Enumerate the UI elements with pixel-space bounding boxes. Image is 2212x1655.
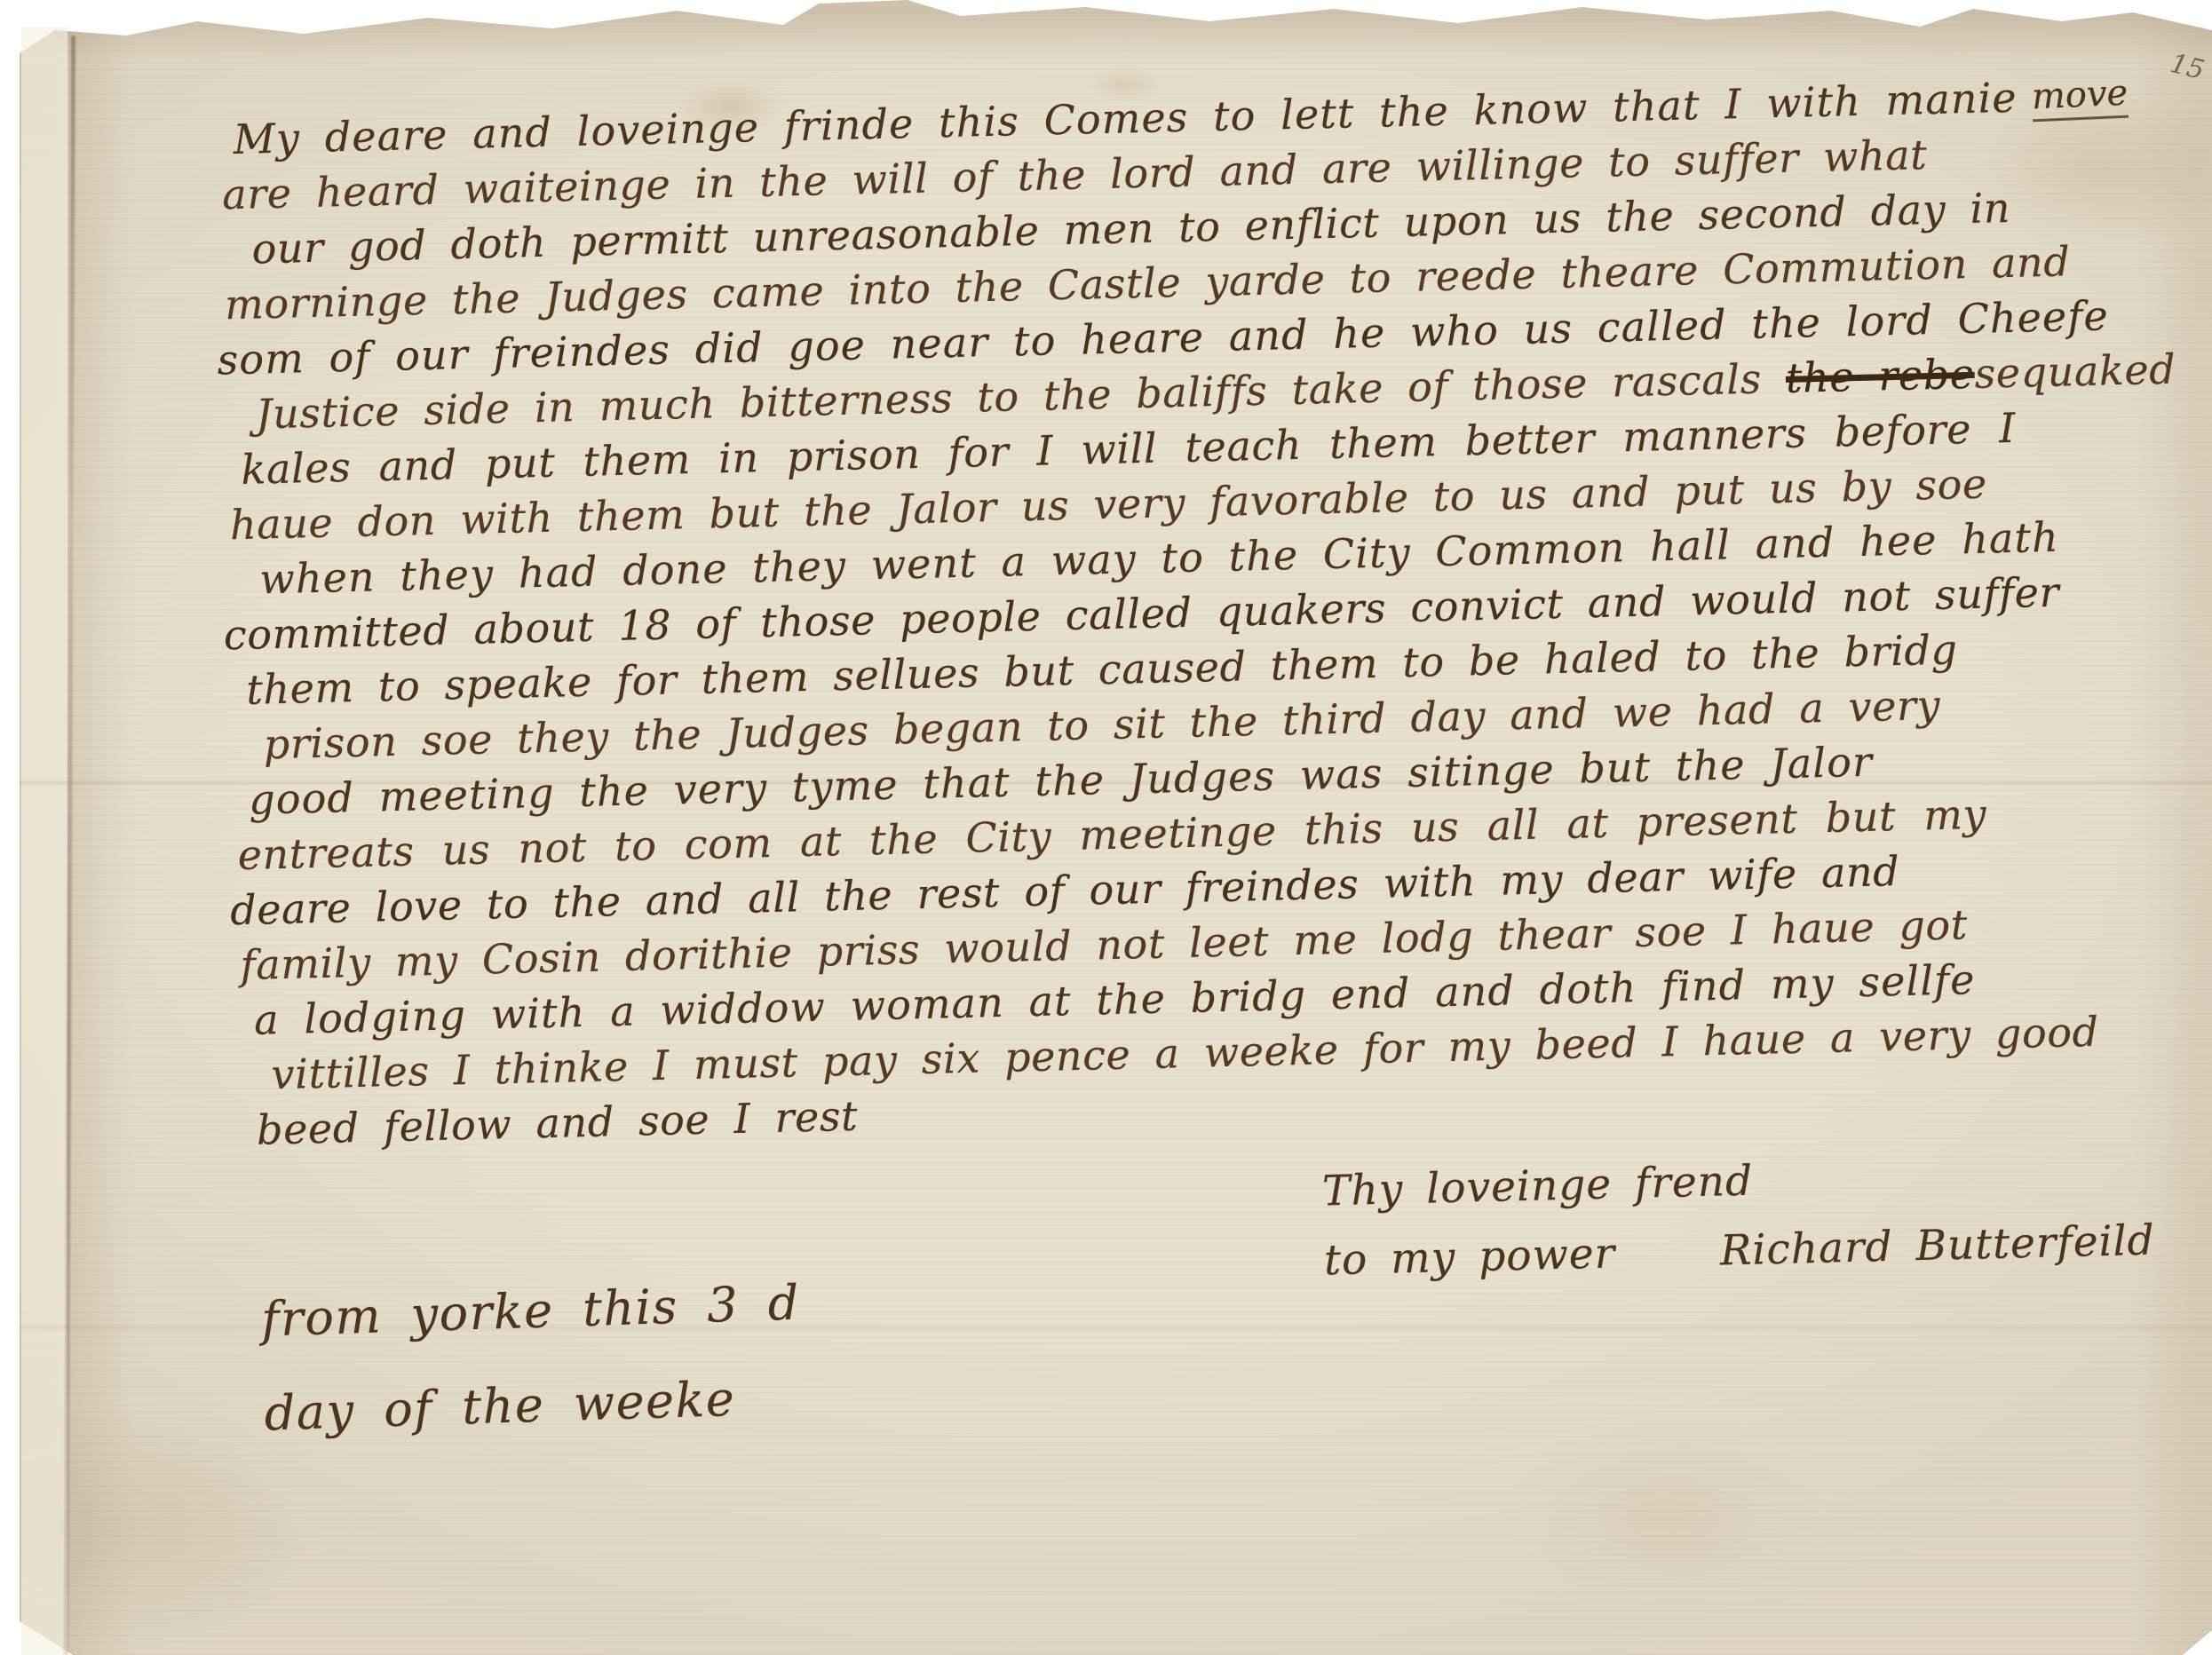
dateline-place: from yorke this 3 d	[260, 1256, 802, 1367]
dateline-block: from yorke this 3 d day of the weeke	[260, 1256, 805, 1461]
signature-gap	[1615, 1265, 1720, 1268]
scanned-letter-page: move 15 My deare and loveinge frinde thi…	[0, 0, 2212, 1655]
signature: Richard Butterfeild	[1719, 1216, 2155, 1276]
dateline-day: day of the weeke	[263, 1350, 805, 1461]
struck-text: the rebe	[1785, 350, 1975, 402]
closing-phrase: to my power	[1323, 1229, 1615, 1285]
left-fold-strip	[21, 27, 67, 1655]
letter-body: My deare and loveinge frinde this Comes …	[233, 67, 2193, 1158]
closing-block: Thy loveinge frend to my powerRichard Bu…	[1321, 1137, 2155, 1296]
